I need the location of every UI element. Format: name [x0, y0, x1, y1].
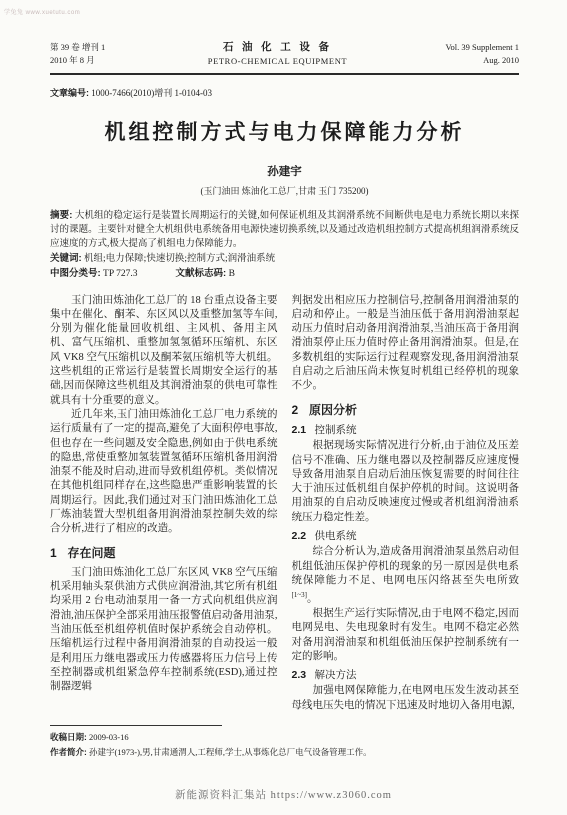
abstract-text: 大机组的稳定运行是装置长周期运行的关键,如何保证机组及其润滑系统不间断供电是电力… [50, 211, 519, 249]
subsection-heading-2-2: 2.2供电系统 [292, 529, 520, 543]
article-number: 文章编号: 1000-7466(2010)增刊 1-0104-03 [50, 86, 519, 99]
section-heading-2: 2原因分析 [292, 403, 520, 417]
subsection-heading-2-3: 2.3解决方法 [292, 668, 520, 682]
paragraph-text: 综合分析认为,造成备用润滑油泵虽然启动但机组低油压保护停机的现象的另一原因是供电… [292, 546, 520, 586]
citation-ref: [1~3] [292, 591, 307, 599]
paper-title: 机组控制方式与电力保障能力分析 [50, 116, 519, 146]
sentence-end: 。 [307, 594, 318, 605]
abstract-block: 摘要: 大机组的稳定运行是装置长周期运行的关键,如何保证机组及其润滑系统不间断供… [50, 209, 519, 282]
author-bio-value: 孙建宇(1973-),男,甘肃通渭人,工程师,学士,从事炼化总厂电气设备管理工作… [89, 747, 372, 757]
journal-name-cn: 石 油 化 工 设 备 [146, 40, 409, 55]
section-title: 原因分析 [309, 403, 357, 417]
keywords-text: 机组;电力保障;快速切换;控制方式;润滑油系统 [84, 254, 275, 264]
author-bio-label: 作者简介: [50, 747, 87, 757]
paper-author: 孙建宇 [50, 163, 519, 179]
paragraph: 近几年来,玉门油田炼油化工总厂电力系统的运行质量有了一定的提高,避免了大面积停电… [50, 408, 278, 537]
header-divider [50, 73, 519, 75]
received-date-line: 收稿日期: 2009-03-16 [50, 730, 519, 744]
volume-line-en: Vol. 39 Supplement 1 [409, 41, 519, 53]
subsection-number: 2.3 [292, 669, 307, 681]
clc-label: 中图分类号: [50, 268, 101, 279]
paragraph-with-citation: 综合分析认为,造成备用润滑油泵虽然启动但机组低油压保护停机的现象的另一原因是供电… [292, 545, 520, 607]
header-volume-issue: 第 39 卷 增刊 1 2010 年 8 月 [50, 41, 146, 66]
keywords-label: 关键词: [50, 253, 82, 264]
paper-affiliation: (玉门油田 炼油化工总厂,甘肃 玉门 735200) [50, 184, 519, 197]
keywords: 关键词: 机组;电力保障;快速切换;控制方式;润滑油系统 [50, 252, 519, 266]
journal-page: 第 39 卷 增刊 1 2010 年 8 月 石 油 化 工 设 备 PETRO… [0, 0, 567, 759]
doc-code-label: 文献标志码: [176, 268, 227, 279]
footnote-block: 收稿日期: 2009-03-16 作者简介: 孙建宇(1973-),男,甘肃通渭… [50, 725, 519, 759]
subsection-title: 控制系统 [315, 424, 357, 436]
doc-code-value: B [229, 269, 235, 279]
subsection-number: 2.1 [292, 424, 307, 436]
section-number: 1 [50, 546, 57, 560]
journal-header: 第 39 卷 增刊 1 2010 年 8 月 石 油 化 工 设 备 PETRO… [50, 40, 519, 68]
right-column: 判据发出相应压力控制信号,控制备用润滑油泵的启动和停止。一般是当油压低于备用润滑… [292, 294, 520, 714]
abstract-label: 摘要: [50, 210, 72, 221]
paragraph: 玉门油田炼油化工总厂的 18 台重点设备主要集中在催化、酮苯、东区风以及重整加氢… [50, 294, 278, 408]
paragraph: 加强电网保障能力,在电网电压发生波动甚至母线电压失电的情况下迅速及时地切入备用电… [292, 684, 520, 713]
clc-value: TP 727.3 [103, 269, 137, 279]
abstract: 摘要: 大机组的稳定运行是装置长周期运行的关键,如何保证机组及其润滑系统不间断供… [50, 209, 519, 252]
received-date-value: 2009-03-16 [89, 732, 129, 742]
paragraph-continuation: 判据发出相应压力控制信号,控制备用润滑油泵的启动和停止。一般是当油压低于备用润滑… [292, 294, 520, 394]
date-line-cn: 2010 年 8 月 [50, 54, 146, 66]
article-number-value: 1000-7466(2010)增刊 1-0104-03 [91, 88, 212, 98]
date-line-en: Aug. 2010 [409, 54, 519, 66]
subsection-number: 2.2 [292, 530, 307, 542]
left-column: 玉门油田炼油化工总厂的 18 台重点设备主要集中在催化、酮苯、东区风以及重整加氢… [50, 294, 278, 714]
paragraph: 根据生产运行实际情况,由于电网不稳定,因而电网晃电、失电现象时有发生。电网不稳定… [292, 607, 520, 664]
footnote-divider [50, 725, 222, 726]
body-columns: 玉门油田炼油化工总厂的 18 台重点设备主要集中在催化、酮苯、东区风以及重整加氢… [50, 294, 519, 714]
corner-watermark: 学兔兔 www.xuetutu.com [4, 7, 80, 16]
author-bio-line: 作者简介: 孙建宇(1973-),男,甘肃通渭人,工程师,学士,从事炼化总厂电气… [50, 745, 519, 759]
journal-name: 石 油 化 工 设 备 PETRO-CHEMICAL EQUIPMENT [146, 40, 409, 68]
subsection-heading-2-1: 2.1控制系统 [292, 423, 520, 437]
received-date-label: 收稿日期: [50, 732, 87, 742]
paragraph: 玉门油田炼油化工总厂东区风 VK8 空气压缩机采用轴头泵供油方式供应润滑油,其它… [50, 566, 278, 695]
section-number: 2 [292, 403, 299, 417]
section-heading-1: 1存在问题 [50, 546, 278, 560]
subsection-title: 供电系统 [315, 530, 357, 542]
subsection-title: 解决方法 [315, 669, 357, 681]
site-watermark: 新能源资料汇集站 https://www.z3060.com [0, 787, 567, 802]
article-number-label: 文章编号: [50, 88, 89, 98]
section-title: 存在问题 [67, 546, 115, 560]
journal-name-en: PETRO-CHEMICAL EQUIPMENT [146, 55, 409, 67]
header-volume-issue-en: Vol. 39 Supplement 1 Aug. 2010 [409, 41, 519, 66]
clc-line: 中图分类号: TP 727.3文献标志码: B [50, 267, 519, 281]
volume-line-cn: 第 39 卷 增刊 1 [50, 41, 146, 53]
paragraph: 根据现场实际情况进行分析,由于油位及压差信号不准确、压力继电器以及控制器反应速度… [292, 439, 520, 525]
